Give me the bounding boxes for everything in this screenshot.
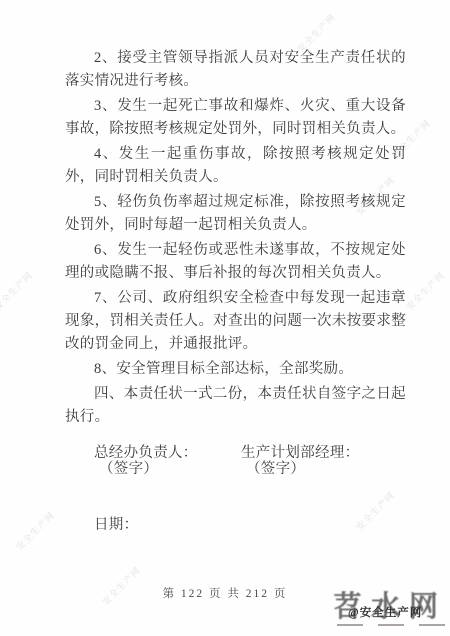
- paragraph-item-8: 8、安全管理目标全部达标，全部奖励。: [65, 358, 406, 381]
- signature-right-title: 生产计划部经理：: [241, 445, 359, 461]
- paragraph-item-3: 3、发生一起死亡事故和爆炸、火灾、重大设备事故，除按照考核规定处罚外，同时罚相关…: [65, 95, 406, 141]
- site-logo-watermark: 苕水网 @安全生产网: [333, 587, 449, 635]
- signature-left-sub: （签字）: [94, 461, 198, 477]
- diagonal-watermark: 安全生产网: [13, 508, 58, 553]
- diagonal-watermark: 安全生产网: [0, 268, 35, 313]
- paragraph-section-four: 四、本责任状一式二份，本责任状自签字之日起执行。: [65, 383, 406, 429]
- site-logo-overlay-text: @安全生产网: [348, 604, 422, 620]
- diagonal-watermark: 安全生产网: [403, 268, 448, 313]
- paragraph-item-6: 6、发生一起轻伤或恶性未遂事故，不按规定处理的或隐瞒不报、事后补报的每次罚相关负…: [65, 239, 406, 285]
- document-page: 安全生产网 安全生产网 安全生产网 安全生产网 安全生产网 安全生产网 安全生产…: [0, 0, 450, 636]
- paragraph-item-2: 2、接受主管领导指派人员对安全生产责任状的落实情况进行考核。: [65, 47, 406, 93]
- site-logo-tiny-marks: [337, 624, 445, 626]
- paragraph-item-4: 4、发生一起重伤事故，除按照考核规定处罚外，同时罚相关负责人。: [65, 143, 406, 189]
- signature-right-sub: （签字）: [241, 461, 359, 477]
- date-label: 日期：: [65, 517, 406, 533]
- signature-block: 总经办负责人： （签字） 生产计划部经理： （签字）: [65, 445, 406, 491]
- document-body: 2、接受主管领导指派人员对安全生产责任状的落实情况进行考核。 3、发生一起死亡事…: [65, 47, 406, 533]
- signature-left: 总经办负责人： （签字）: [94, 445, 198, 477]
- signature-right: 生产计划部经理： （签字）: [241, 445, 359, 477]
- paragraph-item-5: 5、轻伤负伤率超过规定标准，除按照考核规定处罚外，同时每超一起罚相关负责人。: [65, 191, 406, 237]
- paragraph-item-7: 7、公司、政府组织安全检查中每发现一起违章现象，罚相关责任人。对查出的问题一次未…: [65, 287, 406, 356]
- signature-left-title: 总经办负责人：: [94, 445, 198, 461]
